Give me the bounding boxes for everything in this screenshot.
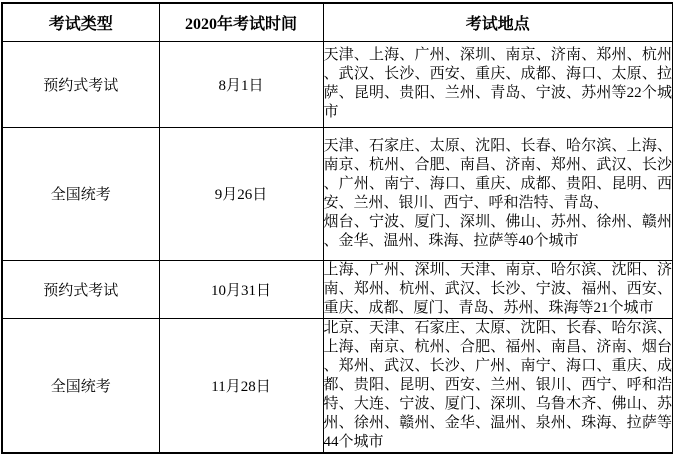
exam-locations-cell: 北京、天津、石家庄、太原、沈阳、长春、哈尔滨、上海、南京、杭州、合肥、福州、南昌… bbox=[323, 318, 673, 453]
exam-type-cell: 全国统考 bbox=[2, 127, 159, 260]
exam-schedule-table: 考试类型 2020年考试时间 考试地点 预约式考试 8月1日 天津、上海、广州、… bbox=[1, 2, 673, 454]
table-row: 预约式考试 10月31日 上海、广州、深圳、天津、南京、哈尔滨、沈阳、济南、郑州… bbox=[2, 260, 673, 318]
exam-locations-cell: 天津、上海、广州、深圳、南京、济南、郑州、杭州、武汉、长沙、西安、重庆、成都、海… bbox=[323, 41, 673, 127]
exam-type-cell: 全国统考 bbox=[2, 318, 159, 453]
exam-type-cell: 预约式考试 bbox=[2, 41, 159, 127]
exam-date-cell: 9月26日 bbox=[159, 127, 323, 260]
exam-type-cell: 预约式考试 bbox=[2, 260, 159, 318]
table-row: 全国统考 11月28日 北京、天津、石家庄、太原、沈阳、长春、哈尔滨、上海、南京… bbox=[2, 318, 673, 453]
header-exam-type: 考试类型 bbox=[2, 3, 159, 41]
exam-locations-cell: 天津、石家庄、太原、沈阳、长春、哈尔滨、上海、南京、杭州、合肥、南昌、济南、郑州… bbox=[323, 127, 673, 260]
exam-date-cell: 11月28日 bbox=[159, 318, 323, 453]
table-row: 全国统考 9月26日 天津、石家庄、太原、沈阳、长春、哈尔滨、上海、南京、杭州、… bbox=[2, 127, 673, 260]
exam-date-cell: 8月1日 bbox=[159, 41, 323, 127]
header-exam-date: 2020年考试时间 bbox=[159, 3, 323, 41]
header-exam-location: 考试地点 bbox=[323, 3, 673, 41]
exam-date-cell: 10月31日 bbox=[159, 260, 323, 318]
exam-locations-cell: 上海、广州、深圳、天津、南京、哈尔滨、沈阳、济南、郑州、杭州、武汉、长沙、宁波、… bbox=[323, 260, 673, 318]
page: 考试类型 2020年考试时间 考试地点 预约式考试 8月1日 天津、上海、广州、… bbox=[0, 0, 673, 439]
table-header-row: 考试类型 2020年考试时间 考试地点 bbox=[2, 3, 673, 41]
table-row: 预约式考试 8月1日 天津、上海、广州、深圳、南京、济南、郑州、杭州、武汉、长沙… bbox=[2, 41, 673, 127]
